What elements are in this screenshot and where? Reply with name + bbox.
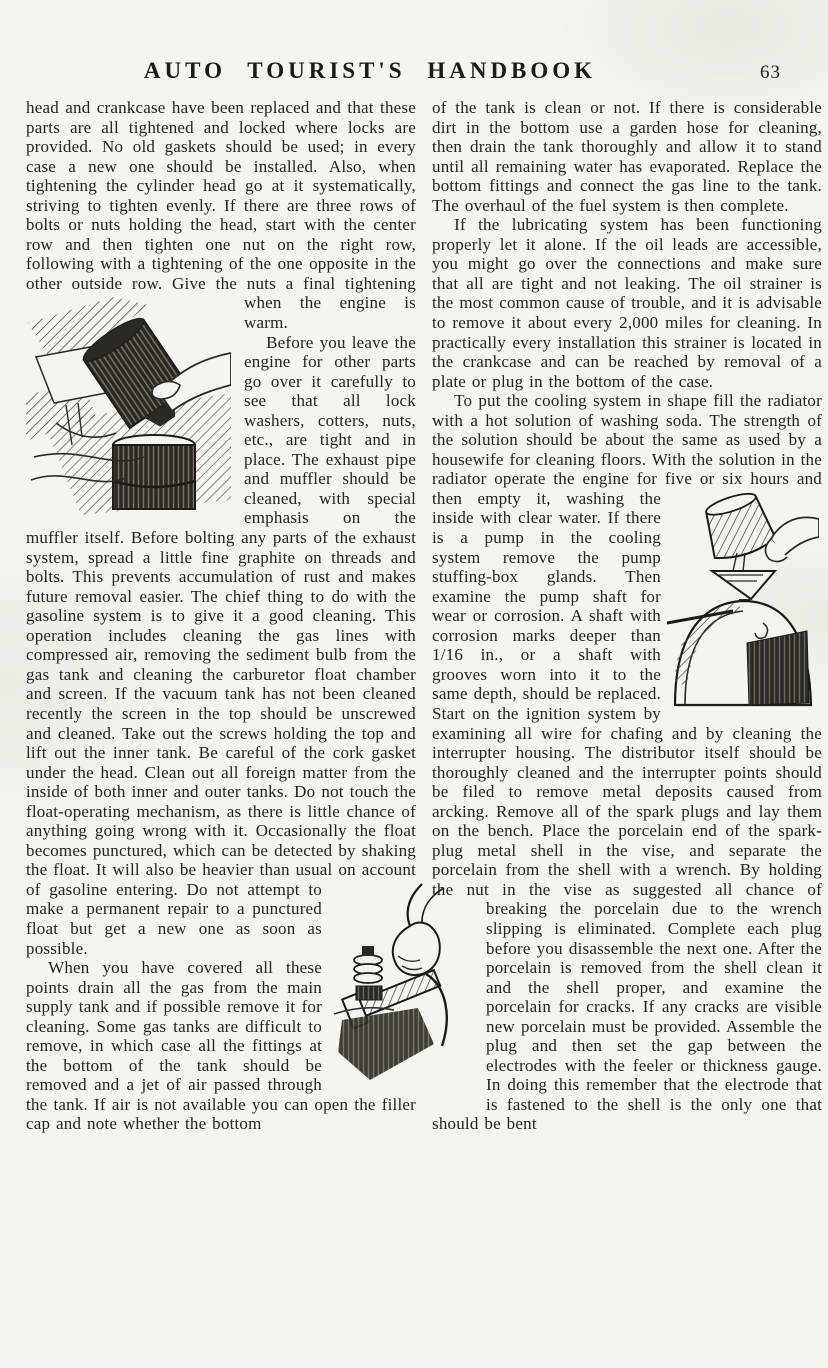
radiator-fill-illustration xyxy=(667,491,822,711)
right-column: of the tank is clean or not. If there is… xyxy=(432,98,822,1134)
right-paragraph-2-text: If the lubricating system has been funct… xyxy=(432,215,822,390)
book-page: AUTO TOURIST'S HANDBOOK 63 head and cran… xyxy=(0,0,828,1368)
oil-pour-illustration xyxy=(26,295,238,523)
left-column: head and crankcase have been replaced an… xyxy=(26,98,416,1134)
page-title: AUTO TOURIST'S HANDBOOK xyxy=(0,58,740,84)
oil-pour-illustration-drawing xyxy=(26,295,231,517)
right-paragraph-3: To put the cooling system in shape fill … xyxy=(432,391,822,1134)
right-paragraph-1: of the tank is clean or not. If there is… xyxy=(432,98,822,215)
page-number: 63 xyxy=(760,62,781,84)
right-paragraph-2: If the lubricating system has been funct… xyxy=(432,215,822,391)
left-paragraph-1-text: head and crankcase have been replaced an… xyxy=(26,98,416,293)
radiator-fill-illustration-drawing xyxy=(667,491,819,709)
right-paragraph-3-after-text: should be replaced. Start on the ignitio… xyxy=(432,684,822,918)
left-paragraph-1: head and crankcase have been replaced an… xyxy=(26,98,416,333)
spark-plug-illustration xyxy=(326,882,416,1082)
right-paragraph-3-narrow-text: wrench slipping is eliminated. Complete … xyxy=(486,899,822,1074)
spark-plug-illustration-spacer xyxy=(432,901,480,1099)
right-paragraph-1-text: of the tank is clean or not. If there is… xyxy=(432,98,822,215)
right-paragraph-3-wrap-text: washing the inside with clear water. If … xyxy=(432,489,661,703)
